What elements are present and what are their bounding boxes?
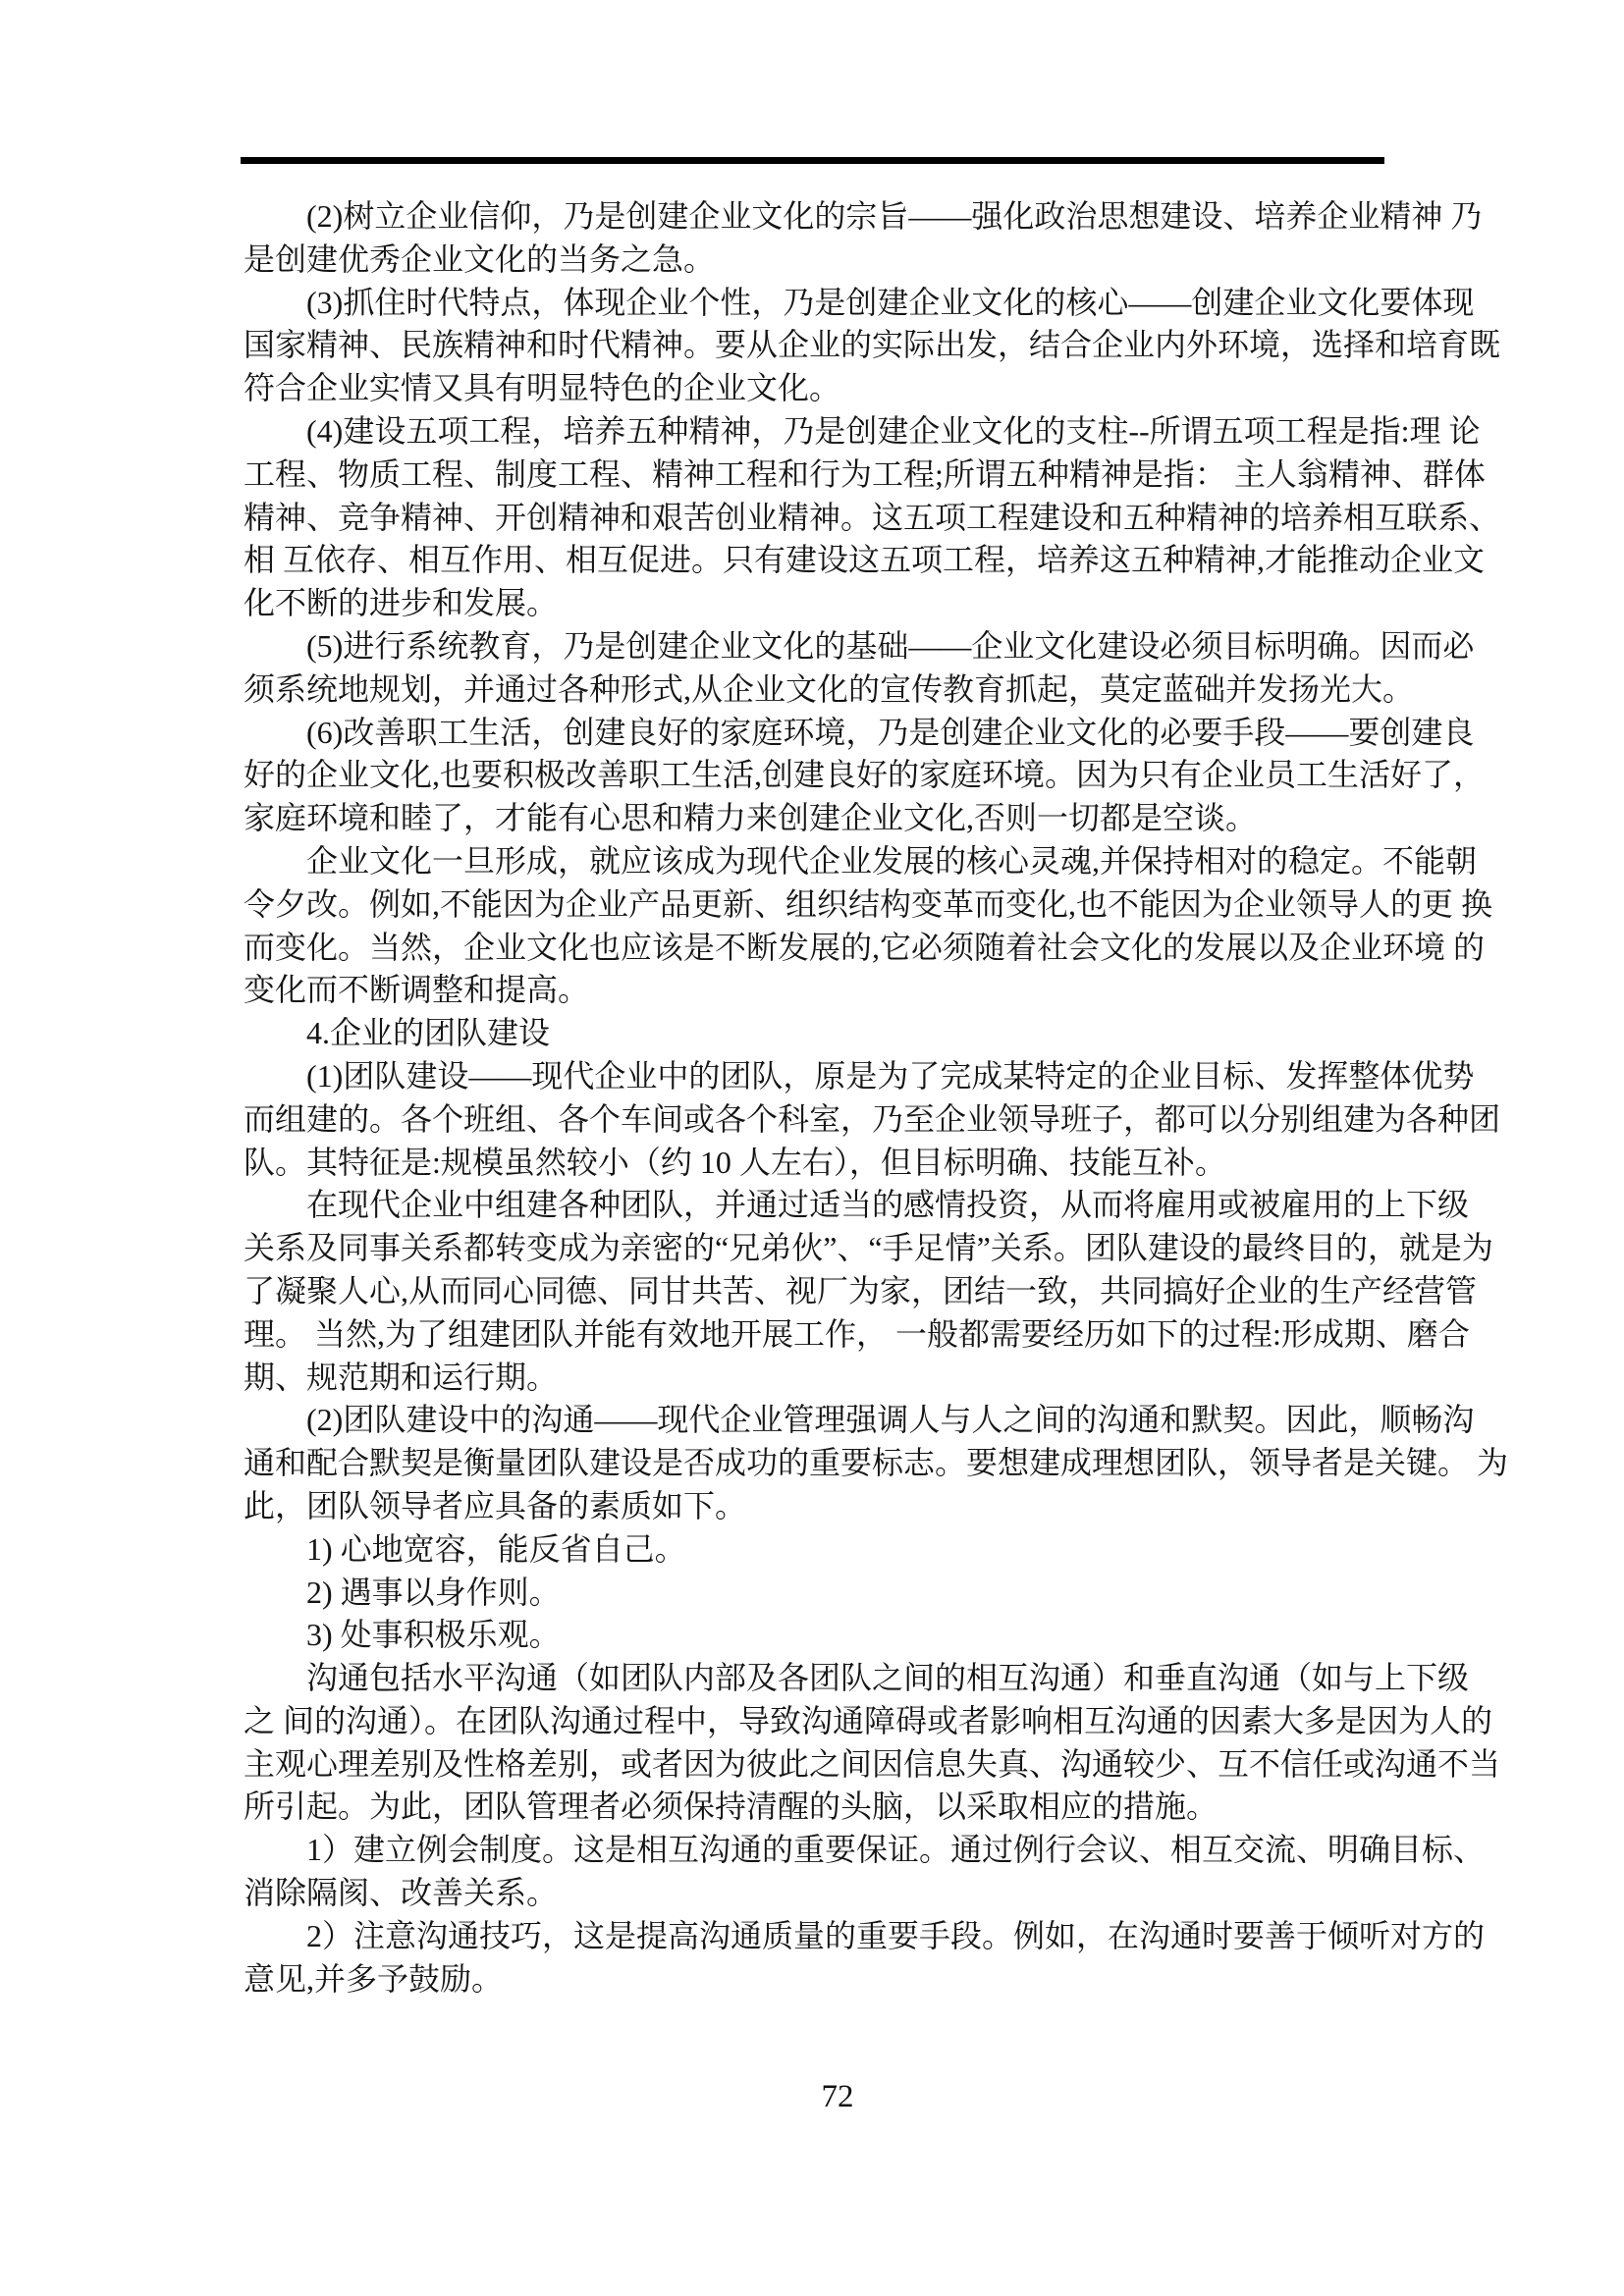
text-line: 符合企业实情又具有明显特色的企业文化。 <box>244 367 1386 410</box>
text-line: 队。其特征是:规模虽然较小（约 10 人左右），但目标明确、技能互补。 <box>244 1142 1386 1185</box>
header-rule <box>241 157 1384 164</box>
text-line: 2) 遇事以身作则。 <box>244 1572 1386 1615</box>
text-line: 而组建的。各个班组、各个车间或各个科室，乃至企业领导班子，都可以分别组建为各种团 <box>244 1098 1386 1142</box>
text-line: 此，团队领导者应具备的素质如下。 <box>244 1485 1386 1528</box>
text-line: 化不断的进步和发展。 <box>244 582 1386 625</box>
text-line: 变化而不断调整和提高。 <box>244 969 1386 1012</box>
text-line: 国家精神、民族精神和时代精神。要从企业的实际出发，结合企业内外环境，选择和培育既 <box>244 324 1386 367</box>
text-line: 意见,并多予鼓励。 <box>244 1958 1386 2002</box>
text-line: (5)进行系统教育，乃是创建企业文化的基础——企业文化建设必须目标明确。因而必 <box>244 625 1386 668</box>
text-line: 沟通包括水平沟通（如团队内部及各团队之间的相互沟通）和垂直沟通（如与上下级 <box>244 1657 1386 1700</box>
text-line: 关系及同事关系都转变成为亲密的“兄弟伙”、“手足情”关系。团队建设的最终目的，就… <box>244 1227 1386 1270</box>
text-line: 3) 处事积极乐观。 <box>244 1614 1386 1657</box>
text-line: 之 间的沟通）。在团队沟通过程中，导致沟通障碍或者影响相互沟通的因素大多是因为人… <box>244 1700 1386 1743</box>
text-line: (3)抓住时代特点，体现企业个性，乃是创建企业文化的核心——创建企业文化要体现 <box>244 282 1386 325</box>
text-line: 相 互依存、相互作用、相互促进。只有建设这五项工程，培养这五种精神,才能推动企业… <box>244 539 1386 582</box>
text-line: 家庭环境和睦了，才能有心思和精力来创建企业文化,否则一切都是空谈。 <box>244 797 1386 840</box>
text-line: 1) 心地宽容，能反省自己。 <box>244 1528 1386 1572</box>
page-number: 72 <box>26 2079 1624 2115</box>
text-line: 须系统地规划，并通过各种形式,从企业文化的宣传教育抓起，莫定蓝础并发扬光大。 <box>244 668 1386 712</box>
text-line: 消除隔阂、改善关系。 <box>244 1872 1386 1915</box>
text-line: 期、规范期和运行期。 <box>244 1357 1386 1400</box>
text-line: 精神、竞争精神、开创精神和艰苦创业精神。这五项工程建设和五种精神的培养相互联系、 <box>244 497 1386 540</box>
text-line: 理。 当然,为了组建团队并能有效地开展工作， 一般都需要经历如下的过程:形成期、… <box>244 1313 1386 1357</box>
text-line: 通和配合默契是衡量团队建设是否成功的重要标志。要想建成理想团队，领导者是关键。 … <box>244 1442 1386 1485</box>
text-line: (1)团队建设——现代企业中的团队，原是为了完成某特定的企业目标、发挥整体优势 <box>244 1055 1386 1098</box>
text-line: 在现代企业中组建各种团队，并通过适当的感情投资，从而将雇用或被雇用的上下级 <box>244 1184 1386 1227</box>
text-line: 令夕改。例如,不能因为企业产品更新、组织结构变革而变化,也不能因为企业领导人的更… <box>244 883 1386 927</box>
text-line: 好的企业文化,也要积极改善职工生活,创建良好的家庭环境。因为只有企业员工生活好了… <box>244 754 1386 797</box>
text-line: 工程、物质工程、制度工程、精神工程和行为工程;所谓五种精神是指： 主人翁精神、群… <box>244 454 1386 497</box>
text-line: 主观心理差别及性格差别，或者因为彼此之间因信息失真、沟通较少、互不信任或沟通不当 <box>244 1743 1386 1787</box>
text-line: 4.企业的团队建设 <box>244 1012 1386 1055</box>
text-line: 而变化。当然，企业文化也应该是不断发展的,它必须随着社会文化的发展以及企业环境 … <box>244 927 1386 970</box>
text-line: 了凝聚人心,从而同心同德、同甘共苦、视厂为家，团结一致，共同搞好企业的生产经营管 <box>244 1270 1386 1313</box>
text-line: (4)建设五项工程，培养五种精神，乃是创建企业文化的支柱--所谓五项工程是指:理… <box>244 410 1386 454</box>
document-body: (2)树立企业信仰，乃是创建企业文化的宗旨——强化政治思想建设、培养企业精神 乃… <box>244 195 1386 2001</box>
text-line: (2)团队建设中的沟通——现代企业管理强调人与人之间的沟通和默契。因此，顺畅沟 <box>244 1399 1386 1442</box>
text-line: 企业文化一旦形成，就应该成为现代企业发展的核心灵魂,并保持相对的稳定。不能朝 <box>244 840 1386 883</box>
text-line: (6)改善职工生活，创建良好的家庭环境，乃是创建企业文化的必要手段——要创建良 <box>244 712 1386 755</box>
text-line: 2）注意沟通技巧，这是提高沟通质量的重要手段。例如，在沟通时要善于倾听对方的 <box>244 1915 1386 1958</box>
text-line: 1）建立例会制度。这是相互沟通的重要保证。通过例行会议、相互交流、明确目标、 <box>244 1829 1386 1872</box>
text-line: 所引起。为此，团队管理者必须保持清醒的头脑，以采取相应的措施。 <box>244 1786 1386 1829</box>
text-line: 是创建优秀企业文化的当务之急。 <box>244 239 1386 282</box>
document-page: (2)树立企业信仰，乃是创建企业文化的宗旨——强化政治思想建设、培养企业精神 乃… <box>0 0 1624 2296</box>
text-line: (2)树立企业信仰，乃是创建企业文化的宗旨——强化政治思想建设、培养企业精神 乃 <box>244 195 1386 239</box>
